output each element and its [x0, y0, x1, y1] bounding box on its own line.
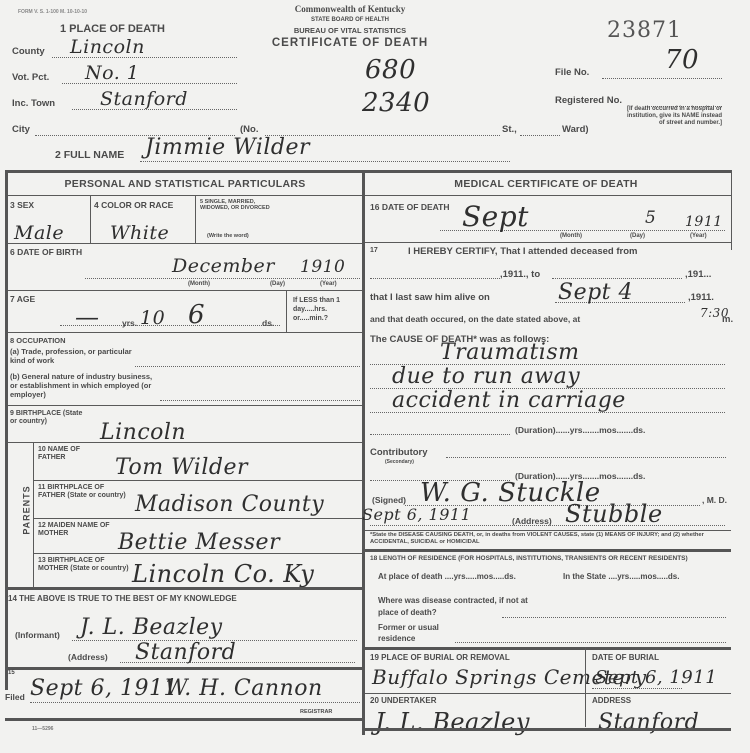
in-state-label: In the State ....yrs.....mos.....ds.: [563, 572, 728, 582]
at-place-of-death-label: At place of death ....yrs.....mos.....ds…: [378, 572, 528, 582]
md-label: , M. D.: [702, 495, 727, 505]
date-of-death-label: 16 DATE OF DEATH: [370, 202, 450, 212]
dob-year-caption: (Year): [320, 281, 337, 287]
handwritten-number-1: 680: [365, 55, 416, 85]
occupation-a-label: (a) Trade, profession, or particular kin…: [10, 347, 140, 365]
attended-to-year: ,191...: [685, 269, 711, 280]
board-name: STATE BOARD OF HEALTH: [270, 17, 430, 23]
dob-year: 1910: [300, 257, 345, 277]
undertaker-address-value: Stanford: [598, 710, 699, 735]
sex-label: 3 SEX: [10, 200, 34, 210]
age-days-value: 6: [188, 300, 205, 330]
attended-from-year: ,1911., to: [500, 269, 540, 280]
state-name: Commonwealth of Kentucky: [270, 4, 430, 14]
undertaker-label: 20 UNDERTAKER: [370, 696, 437, 705]
last-saw-label: that I last saw him alive on: [370, 292, 490, 303]
vot-pct-value: No. 1: [85, 62, 139, 84]
father-name-value: Tom Wilder: [115, 455, 248, 480]
vot-pct-label: Vot. Pct.: [12, 72, 49, 83]
occupation-label: 8 OCCUPATION: [10, 336, 66, 345]
certify-statement: I HEREBY CERTIFY, That I attended deceas…: [408, 246, 637, 257]
county-label: County: [12, 46, 45, 57]
physician-address-value: Stubble: [565, 500, 663, 528]
contributory-secondary-label: (Secondary): [385, 459, 414, 465]
death-time-suffix: m.: [722, 314, 733, 325]
form-number: FORM V. S. 1-100 M. 10-10-10: [18, 8, 87, 16]
hospital-note: [If death occurred in a hospital or inst…: [622, 106, 722, 127]
cause-footnote: *State the DISEASE CAUSING DEATH, or, in…: [370, 532, 728, 546]
burial-place-label: 19 PLACE OF BURIAL OR REMOVAL: [370, 653, 510, 662]
last-saw-value: Sept 4: [558, 280, 633, 305]
certificate-title: CERTIFICATE OF DEATH: [250, 37, 450, 49]
date-of-death-day: 5: [645, 208, 656, 228]
date-of-death-month: Sept: [462, 200, 529, 233]
inc-town-label: Inc. Town: [12, 98, 55, 109]
registrar-value: W. H. Cannon: [165, 676, 323, 701]
dob-day-caption: (Day): [270, 281, 285, 287]
dob-month-caption: (Month): [188, 281, 210, 287]
informant-value: J. L. Beazley: [80, 615, 223, 640]
undertaker-value: J. L. Beazley: [375, 708, 530, 736]
age-days-label: ds.: [262, 318, 274, 328]
marital-label: 5 SINGLE, MARRIED, WIDOWED, OR DIVORCED: [200, 199, 270, 211]
file-no-value: 70: [665, 45, 699, 75]
undertaker-address-label: ADDRESS: [592, 696, 631, 705]
occupation-b-label: (b) General nature of industry business,…: [10, 372, 160, 399]
race-label: 4 COLOR OR RACE: [94, 200, 173, 210]
cause-line-1: Traumatism: [440, 340, 579, 365]
full-name-label: 2 FULL NAME: [55, 150, 124, 161]
mother-birthplace-label: 13 BIRTHPLACE OF MOTHER (State or countr…: [38, 557, 133, 573]
signed-date: Sept 6, 1911: [362, 505, 471, 524]
age-years-label: yrs.: [122, 318, 137, 328]
burial-date-value: Sept 6, 1911: [595, 667, 717, 688]
informant-address-value: Stanford: [135, 640, 236, 665]
physician-address-label: (Address): [512, 516, 552, 526]
father-name-label: 10 NAME OF FATHER: [38, 446, 108, 462]
mother-name-value: Bettie Messer: [118, 530, 280, 555]
disease-contracted-label: Where was disease contracted, if not at …: [378, 595, 538, 619]
file-no-label: File No.: [555, 67, 589, 78]
dob-value: December: [172, 255, 275, 277]
city-label: City: [12, 124, 30, 135]
ward-label: Ward): [562, 124, 589, 135]
medical-section-title: MEDICAL CERTIFICATE OF DEATH: [365, 178, 727, 190]
race-value: White: [110, 222, 169, 244]
date-of-death-year: 1911: [685, 214, 723, 230]
inc-town-value: Stanford: [100, 88, 188, 110]
filed-number: 15: [8, 670, 15, 676]
marital-note: (Write the word): [207, 233, 249, 239]
age-months-value: 10: [140, 307, 165, 329]
footer-code: 11—5296: [32, 726, 53, 732]
birthplace-label: 9 BIRTHPLACE (State or country): [10, 410, 90, 426]
age-label: 7 AGE: [10, 294, 35, 304]
informant-statement: 14 THE ABOVE IS TRUE TO THE BEST OF MY K…: [8, 594, 237, 603]
filed-label: Filed: [5, 692, 25, 702]
informant-label: (Informant): [15, 630, 60, 640]
county-value: Lincoln: [70, 36, 145, 58]
personal-section-title: PERSONAL AND STATISTICAL PARTICULARS: [8, 178, 362, 190]
burial-date-label: DATE OF BURIAL: [592, 653, 659, 662]
age-years-value: —: [75, 303, 100, 331]
street-no-label: (No.: [240, 124, 258, 135]
informant-address-label: (Address): [68, 652, 108, 662]
cause-line-3: accident in carriage: [392, 388, 626, 413]
dob-label: 6 DATE OF BIRTH: [10, 247, 82, 257]
mother-name-label: 12 MAIDEN NAME OF MOTHER: [38, 522, 128, 538]
father-birthplace-label: 11 BIRTHPLACE OF FATHER (State or countr…: [38, 484, 133, 500]
less-than-day-label: If LESS than 1 day.....hrs. or.....min.?: [293, 296, 361, 323]
former-residence-label: Former or usual residence: [378, 622, 458, 644]
parents-label: PARENTS: [22, 485, 32, 534]
registrar-label: REGISTRAR: [300, 709, 332, 715]
handwritten-number-2: 2340: [362, 88, 430, 118]
registered-no-label: Registered No.: [555, 95, 622, 106]
contributory-label: Contributory: [370, 447, 428, 458]
place-of-death-label: 1 PLACE OF DEATH: [60, 24, 165, 35]
dod-month-caption: (Month): [560, 233, 582, 239]
signed-label: (Signed): [372, 495, 406, 505]
death-occurred-label: and that death occured, on the date stat…: [370, 314, 580, 325]
certificate-stamp-number: 23871: [607, 18, 682, 43]
father-birthplace-value: Madison County: [135, 492, 324, 517]
cause-line-2: due to run away: [392, 364, 580, 389]
filed-date-value: Sept 6, 1911: [30, 676, 178, 701]
bureau-name: BUREAU OF VITAL STATISTICS: [250, 26, 450, 35]
mother-birthplace-value: Lincoln Co. Ky: [132, 560, 314, 588]
cause-duration-label: (Duration)......yrs.......mos.......ds.: [515, 425, 645, 435]
last-saw-year: ,1911.: [688, 292, 714, 303]
street-label: St.,: [502, 124, 517, 135]
full-name-value: Jimmie Wilder: [145, 135, 310, 160]
certify-number: 17: [370, 247, 378, 254]
dod-year-caption: (Year): [690, 233, 707, 239]
residence-label: 18 LENGTH OF RESIDENCE (FOR HOSPITALS, I…: [370, 555, 728, 563]
sex-value: Male: [14, 222, 64, 244]
dod-day-caption: (Day): [630, 233, 645, 239]
